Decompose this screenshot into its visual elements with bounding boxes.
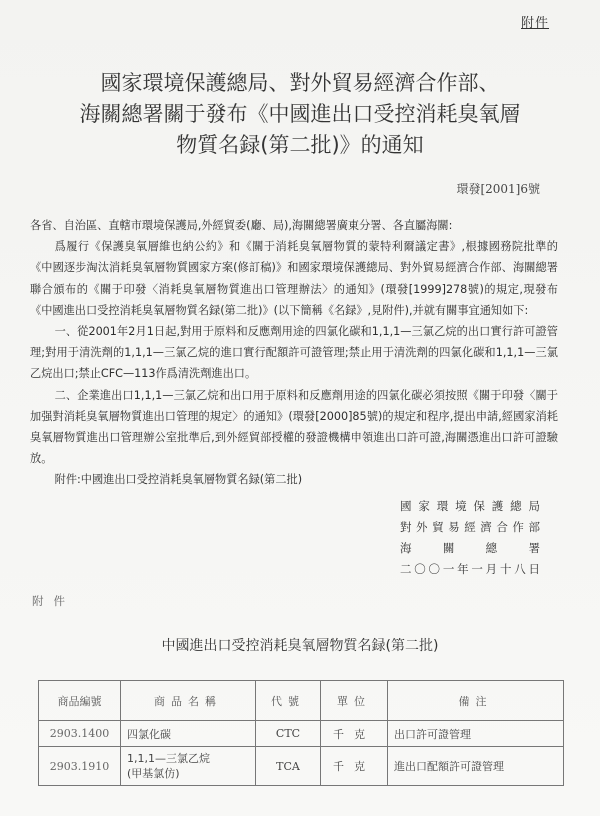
document-number: 環發[2001]6號: [456, 180, 540, 197]
signatory-customs: 海關總署: [400, 538, 540, 559]
paragraph-item-1: 一、從2001年2月1日起,對用于原料和反應劑用途的四氯化碳和1,1,1—三氯乙…: [30, 321, 558, 385]
cell-unit: 千克: [321, 747, 388, 786]
header-abbr: 代號: [256, 681, 321, 721]
cell-note: 出口許可證管理: [388, 721, 564, 747]
title-line-3: 物質名録(第二批)》的通知: [0, 130, 600, 161]
header-note: 備注: [388, 681, 564, 721]
signature-block: 國家環境保護總局 對外貿易經濟合作部 海關總署 二〇〇一年一月十八日: [400, 496, 540, 580]
annex-title: 中國進出口受控消耗臭氧層物質名録(第二批): [0, 635, 600, 655]
cell-name-primary: 1,1,1—三氯乙烷: [127, 751, 249, 766]
substance-list-table: 商品編號 商品名稱 代號 單位 備注 2903.1400 四氯化碳 CTC 千克…: [38, 680, 564, 786]
attachment-tag: 附件: [521, 12, 549, 31]
signature-date: 二〇〇一年一月十八日: [400, 559, 540, 580]
header-name: 商品名稱: [121, 681, 256, 721]
addressees: 各省、自治區、直轄市環境保護局,外經貿委(廳、局),海關總署廣東分署、各直屬海關…: [30, 215, 558, 236]
cell-name-alias: (甲基氯仿): [127, 766, 249, 781]
notice-body: 各省、自治區、直轄市環境保護局,外經貿委(廳、局),海關總署廣東分署、各直屬海關…: [30, 215, 558, 491]
table-row: 2903.1910 1,1,1—三氯乙烷 (甲基氯仿) TCA 千克 進出口配額…: [39, 747, 564, 786]
cell-code: 2903.1910: [39, 747, 121, 786]
paragraph-item-2: 二、企業進出口1,1,1—三氯乙烷和出口用于原料和反應劑用途的四氯化碳必須按照《…: [30, 385, 558, 470]
cell-code: 2903.1400: [39, 721, 121, 747]
cell-name: 四氯化碳: [121, 721, 256, 747]
notice-title: 國家環境保護總局、對外貿易經濟合作部、 海關總署關于發布《中國進出口受控消耗臭氧…: [0, 68, 600, 161]
cell-abbr: CTC: [256, 721, 321, 747]
header-unit: 單位: [321, 681, 388, 721]
attachment-note: 附件:中國進出口受控消耗臭氧層物質名録(第二批): [30, 469, 558, 490]
signatory-sepa: 國家環境保護總局: [400, 496, 540, 517]
cell-note: 進出口配額許可證管理: [388, 747, 564, 786]
cell-abbr: TCA: [256, 747, 321, 786]
cell-unit: 千克: [321, 721, 388, 747]
paragraph-intro: 爲履行《保護臭氧層維也納公約》和《關于消耗臭氧層物質的蒙特利爾議定書》,根據國務…: [30, 236, 558, 321]
title-line-1: 國家環境保護總局、對外貿易經濟合作部、: [0, 68, 600, 99]
cell-name: 1,1,1—三氯乙烷 (甲基氯仿): [121, 747, 256, 786]
signatory-moftec: 對外貿易經濟合作部: [400, 517, 540, 538]
annex-label: 附件: [32, 593, 75, 609]
title-line-2: 海關總署關于發布《中國進出口受控消耗臭氧層: [0, 99, 600, 130]
header-code: 商品編號: [39, 681, 121, 721]
table-row: 2903.1400 四氯化碳 CTC 千克 出口許可證管理: [39, 721, 564, 747]
document-page: 附件 國家環境保護總局、對外貿易經濟合作部、 海關總署關于發布《中國進出口受控消…: [0, 0, 600, 816]
table-header-row: 商品編號 商品名稱 代號 單位 備注: [39, 681, 564, 721]
